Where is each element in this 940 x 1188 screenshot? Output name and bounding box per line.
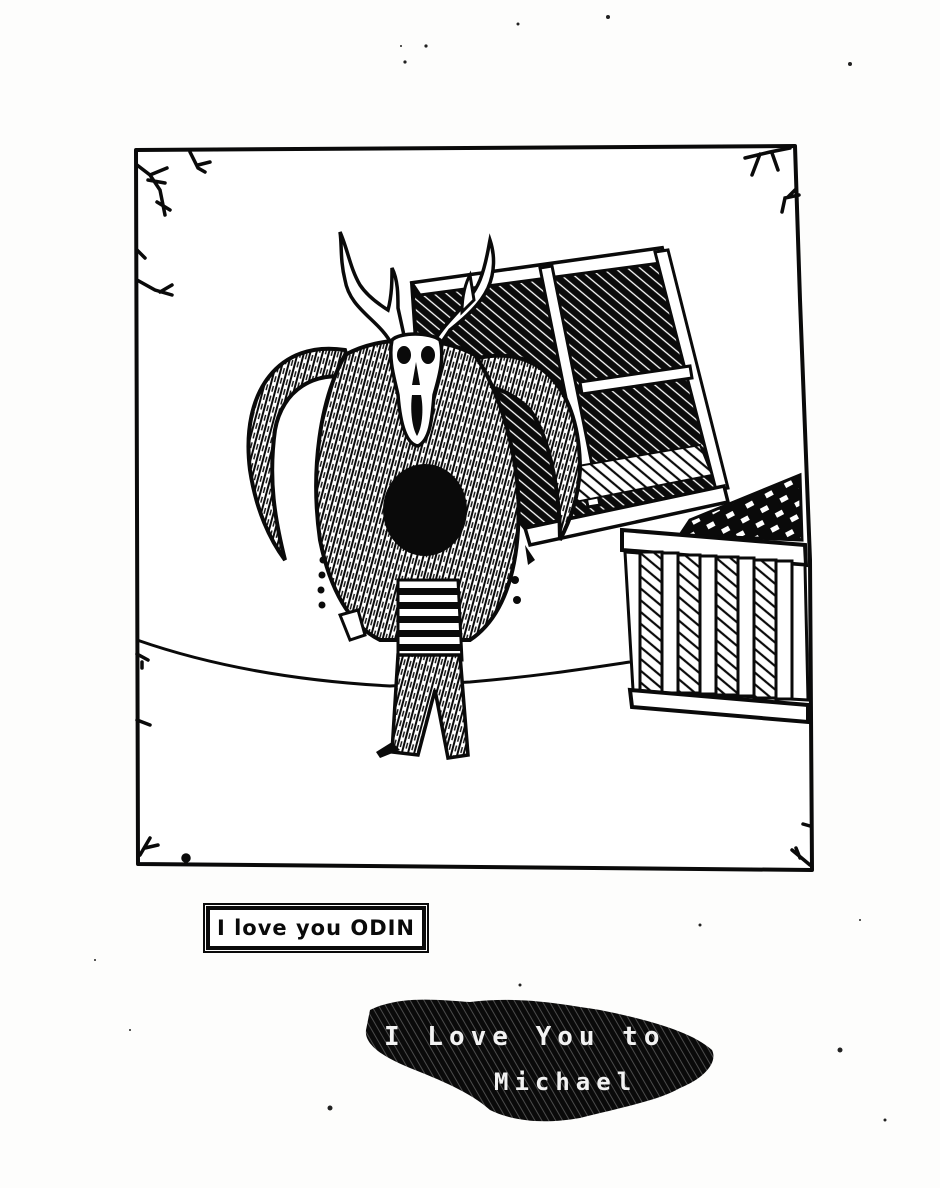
- scratched-caption-line2: Michael: [494, 1068, 637, 1096]
- caption-text: I love you ODIN: [217, 916, 415, 940]
- caption-boxed-label: I love you ODIN: [206, 906, 426, 950]
- scratched-caption-line1: I Love You to: [384, 1022, 666, 1052]
- caption-scratched-label: I Love You to Michael: [364, 992, 720, 1122]
